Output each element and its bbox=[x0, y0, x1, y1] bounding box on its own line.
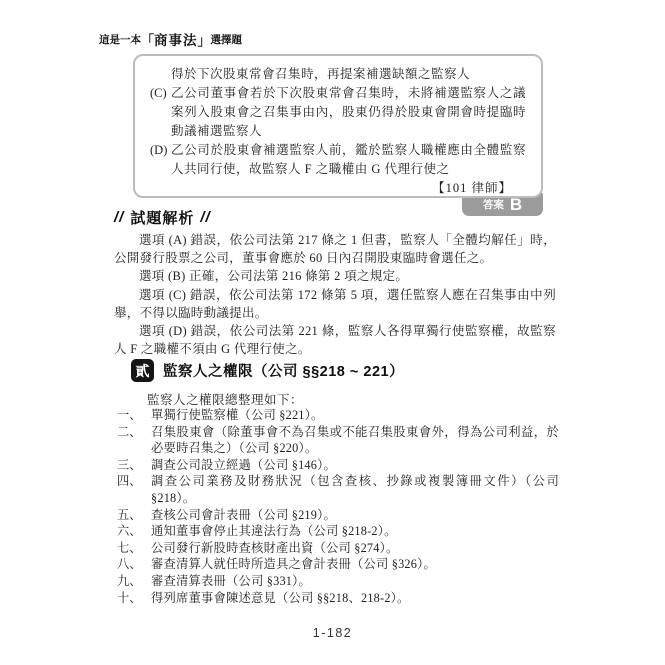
list-item: 八、 審查清算人就任時所造具之會計表冊（公司 §326）。 bbox=[117, 556, 559, 573]
page-number: 1-182 bbox=[0, 626, 665, 640]
list-item-number: 四、 bbox=[117, 473, 151, 506]
option-row-d: (D) 乙公司於股東會補選監察人前，鑑於監察人職權應由全體監察人共同行使，故監察… bbox=[150, 141, 526, 179]
analysis-heading-text: 試題解析 bbox=[130, 207, 194, 228]
list-item: 十、 得列席董事會陳述意見（公司 §§218、218-2）。 bbox=[117, 590, 559, 607]
list-item-number: 六、 bbox=[117, 523, 151, 540]
section-heading: 貳 監察人之權限（公司 §§218 ~ 221） bbox=[131, 359, 404, 382]
list-item: 六、 通知董事會停止其違法行為（公司 §218-2）。 bbox=[117, 523, 559, 540]
list-item-number: 二、 bbox=[117, 424, 151, 457]
list-item-text: 調查公司設立經過（公司 §146）。 bbox=[151, 457, 559, 474]
analysis-heading: // 試題解析 // bbox=[114, 207, 211, 228]
analysis-paragraph: 選項 (D) 錯誤，依公司法第 221 條，監察人各得單獨行使監察權，故監察人 … bbox=[114, 322, 556, 358]
list-item-number: 八、 bbox=[117, 556, 151, 573]
option-continuation-line: 得於下次股東常會召集時，再提案補選缺額之監察人 bbox=[150, 65, 526, 84]
option-row-c: (C) 乙公司董事會若於下次股東常會召集時，未將補選監察人之議案列入股東會之召集… bbox=[150, 84, 526, 141]
list-item: 一、 單獨行使監察權（公司 §221）。 bbox=[117, 407, 559, 424]
option-label: (D) bbox=[150, 141, 171, 179]
close-bracket: 」 bbox=[198, 30, 211, 49]
analysis-paragraph: 選項 (A) 錯誤，依公司法第 217 條之 1 但書，監察人「全體均解任」時，… bbox=[114, 231, 556, 267]
option-text: 乙公司董事會若於下次股東常會召集時，未將補選監察人之議案列入股東會之召集事由內，… bbox=[171, 84, 526, 141]
list-item: 九、 審查清算表冊（公司 §331）。 bbox=[117, 573, 559, 590]
list-item: 二、 召集股東會（除董事會不為召集或不能召集股東會外，得為公司利益，於必要時召集… bbox=[117, 424, 559, 457]
answer-label: 答案 bbox=[483, 197, 504, 212]
list-item-text: 召集股東會（除董事會不為召集或不能召集股東會外，得為公司利益，於必要時召集之）（… bbox=[151, 424, 559, 457]
analysis-body: 選項 (A) 錯誤，依公司法第 217 條之 1 但書，監察人「全體均解任」時，… bbox=[114, 231, 556, 358]
list-item-text: 得列席董事會陳述意見（公司 §§218、218-2）。 bbox=[151, 590, 559, 607]
list-item: 五、 查核公司會計表冊（公司 §219）。 bbox=[117, 507, 559, 524]
list-item-number: 七、 bbox=[117, 540, 151, 557]
list-item-text: 查核公司會計表冊（公司 §219）。 bbox=[151, 507, 559, 524]
section-title: 監察人之權限（公司 §§218 ~ 221） bbox=[163, 360, 404, 381]
analysis-paragraph: 選項 (C) 錯誤，依公司法第 172 條第 5 項，選任監察人應在召集事由中列… bbox=[114, 286, 556, 322]
list-item-text: 通知董事會停止其違法行為（公司 §218-2）。 bbox=[151, 523, 559, 540]
book-page: 這是一本「商事法」選擇題 答案 B 得於下次股東常會召集時，再提案補選缺額之監察… bbox=[0, 0, 665, 665]
option-text: 乙公司於股東會補選監察人前，鑑於監察人職權應由全體監察人共同行使，故監察人 F … bbox=[171, 141, 526, 179]
option-label: (C) bbox=[150, 84, 171, 141]
heading-slash-left: // bbox=[114, 209, 124, 226]
question-box: 得於下次股東常會召集時，再提案補選缺額之監察人 (C) 乙公司董事會若於下次股東… bbox=[133, 54, 543, 198]
list-item: 四、 調查公司業務及財務狀況（包含查核、抄錄或複製簿冊文件）（公司 §218）。 bbox=[117, 473, 559, 506]
running-head-prefix: 這是一本 bbox=[99, 32, 141, 47]
running-head: 這是一本「商事法」選擇題 bbox=[99, 29, 242, 49]
list-item-text: 審查清算人就任時所造具之會計表冊（公司 §326）。 bbox=[151, 556, 559, 573]
list-item-number: 一、 bbox=[117, 407, 151, 424]
exam-source: 【101 律師】 bbox=[150, 179, 526, 198]
list-item-number: 九、 bbox=[117, 573, 151, 590]
list-item-text: 公司發行新股時查核財產出資（公司 §274）。 bbox=[151, 540, 559, 557]
list-item-number: 五、 bbox=[117, 507, 151, 524]
list-item: 三、 調查公司設立經過（公司 §146）。 bbox=[117, 457, 559, 474]
list-item: 七、 公司發行新股時查核財產出資（公司 §274）。 bbox=[117, 540, 559, 557]
running-head-suffix: 選擇題 bbox=[211, 32, 243, 47]
book-title: 商事法 bbox=[154, 29, 198, 49]
heading-slash-right: // bbox=[200, 209, 210, 226]
permissions-list: 一、 單獨行使監察權（公司 §221）。 二、 召集股東會（除董事會不為召集或不… bbox=[117, 407, 559, 606]
list-item-text: 審查清算表冊（公司 §331）。 bbox=[151, 573, 559, 590]
list-item-number: 十、 bbox=[117, 590, 151, 607]
list-item-text: 調查公司業務及財務狀況（包含查核、抄錄或複製簿冊文件）（公司 §218）。 bbox=[151, 473, 559, 506]
section-intro: 監察人之權限總整理如下： bbox=[147, 390, 303, 408]
list-item-text: 單獨行使監察權（公司 §221）。 bbox=[151, 407, 559, 424]
section-number-badge: 貳 bbox=[131, 359, 154, 382]
list-item-number: 三、 bbox=[117, 457, 151, 474]
analysis-paragraph: 選項 (B) 正確，公司法第 216 條第 2 項之規定。 bbox=[114, 267, 556, 285]
open-bracket: 「 bbox=[141, 30, 154, 49]
